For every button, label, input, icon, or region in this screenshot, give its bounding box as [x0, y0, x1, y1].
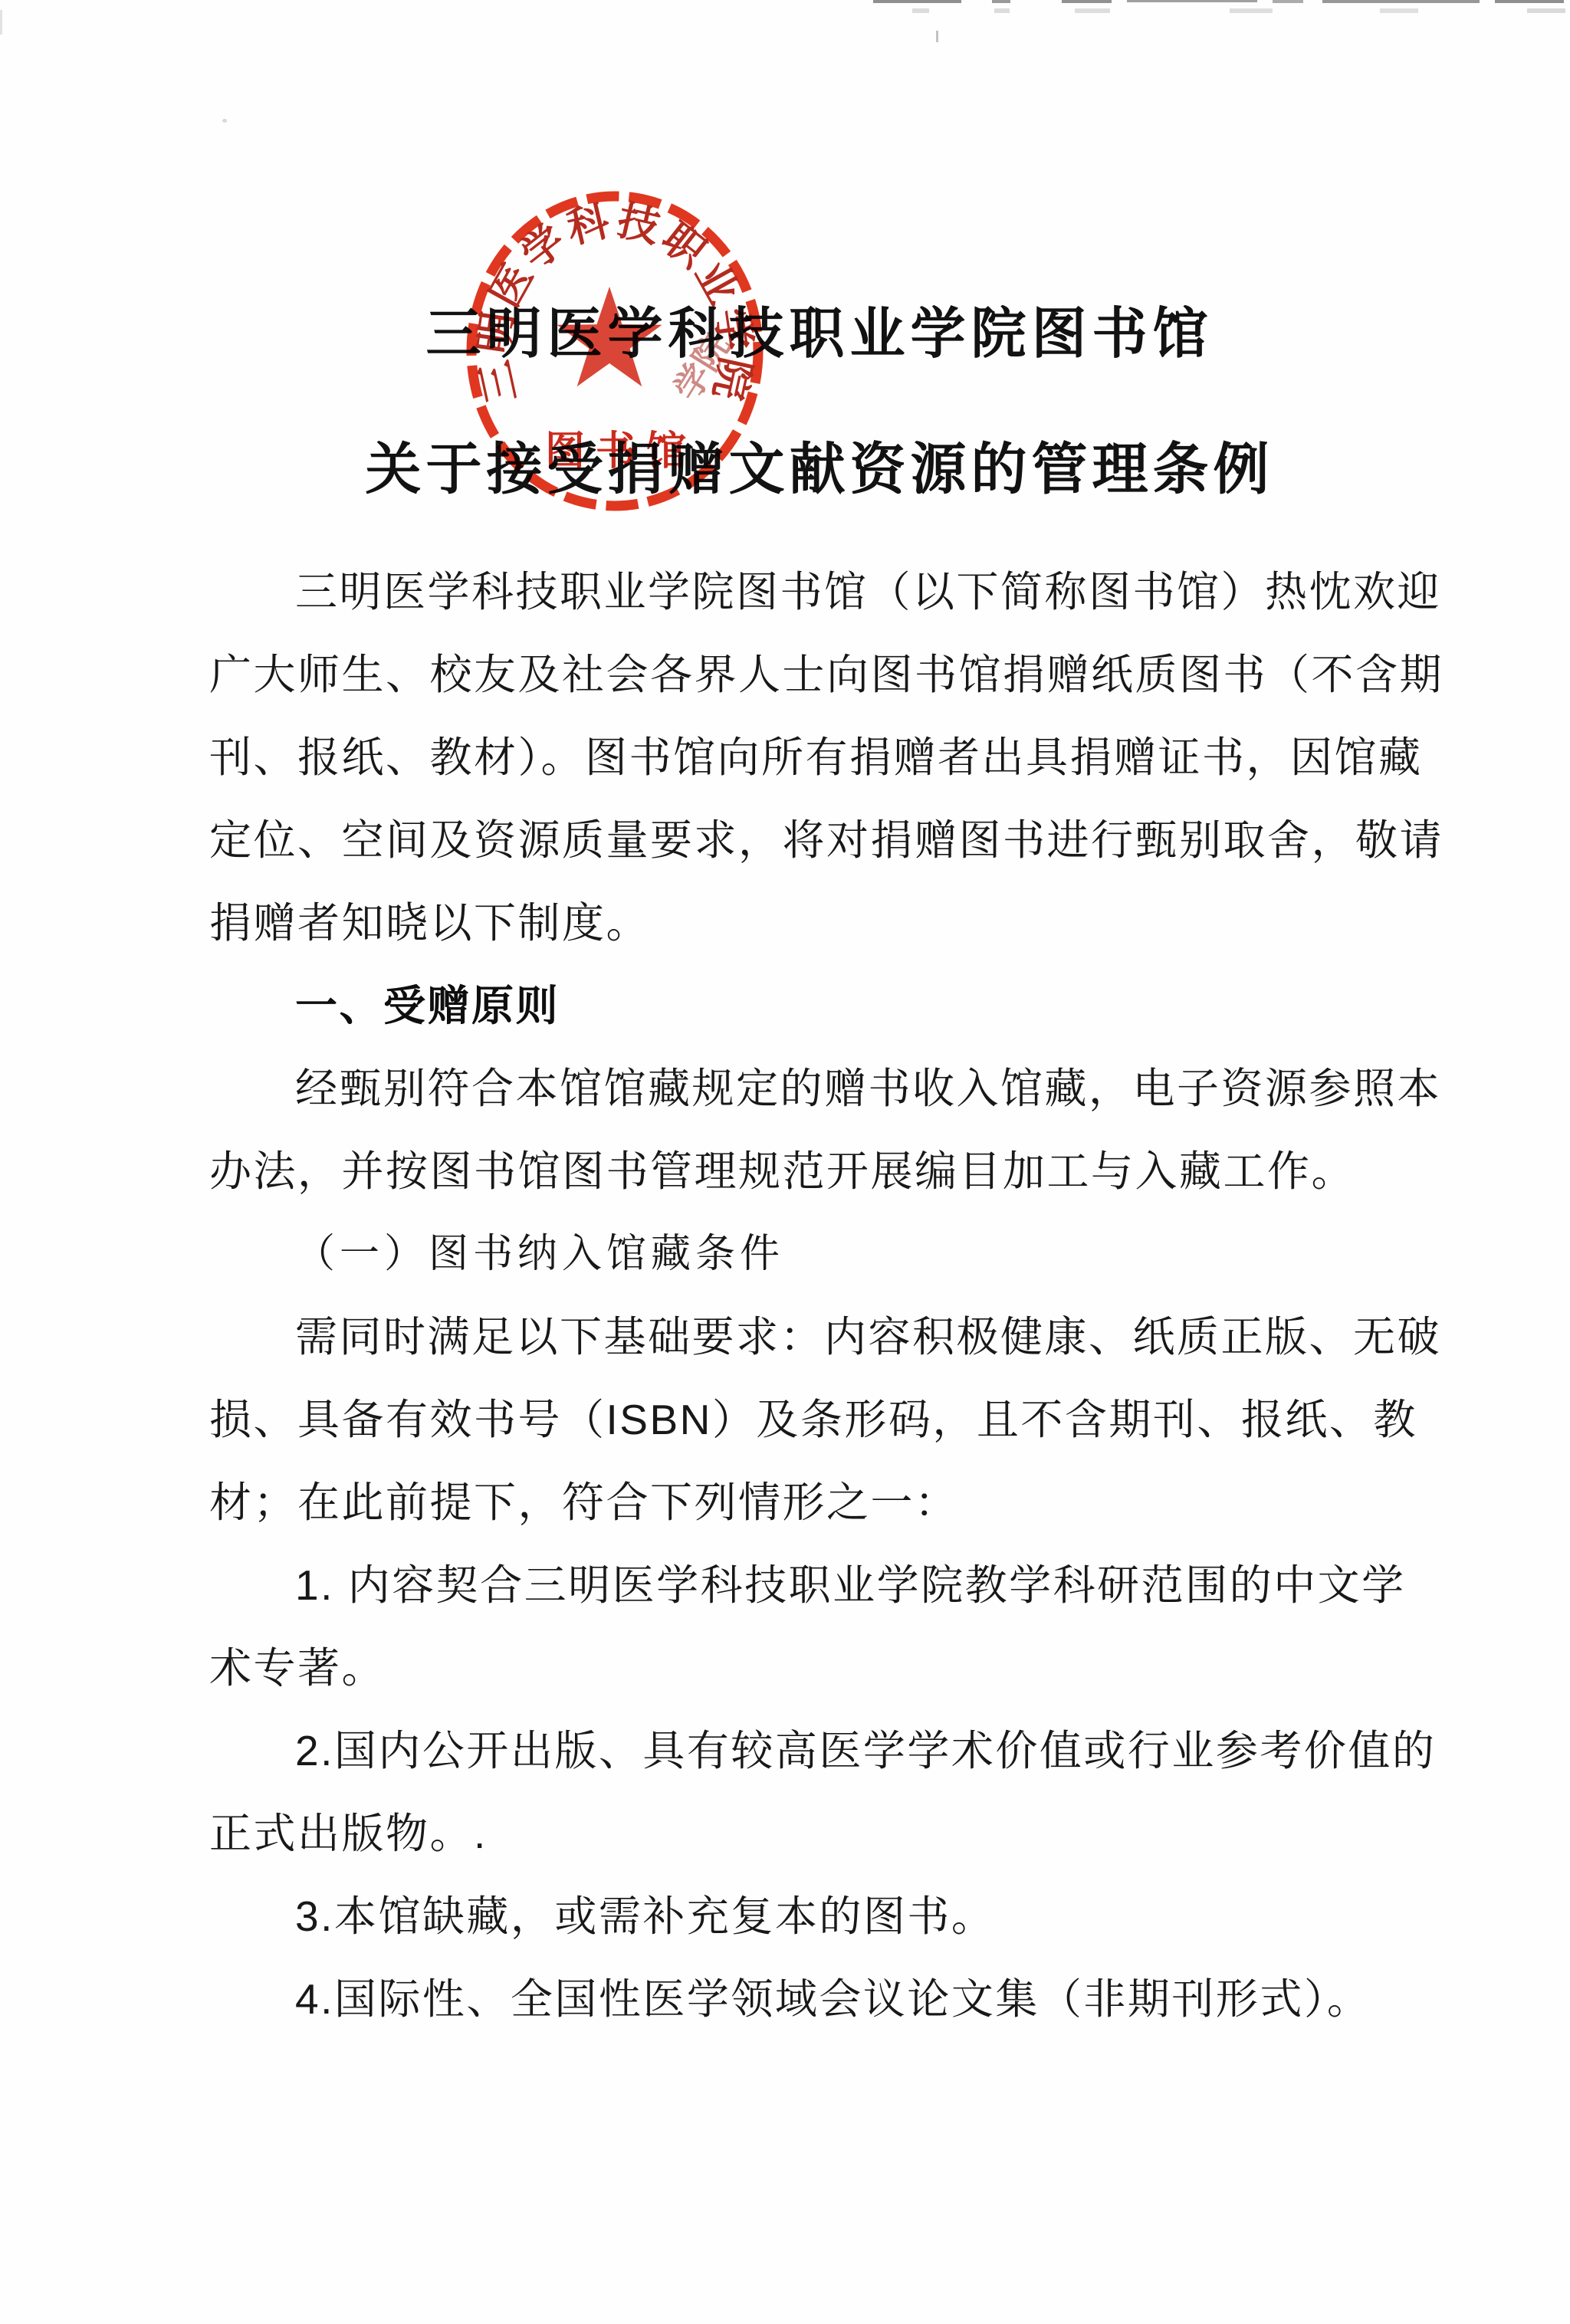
body-line: 捐赠者知晓以下制度。 — [209, 881, 1430, 964]
body-line: 术专著。 — [209, 1626, 1430, 1709]
body-line: 经甄别符合本馆馆藏规定的赠书收入馆藏，电子资源参照本 — [209, 1047, 1430, 1130]
scan-mark — [0, 10, 2, 34]
scan-mark — [936, 31, 938, 42]
stamp-star-icon — [557, 287, 662, 386]
body-line: 损、具备有效书号（ISBN）及条形码，且不含期刊、报纸、教 — [209, 1378, 1430, 1461]
body-line: 正式出版物。. — [209, 1792, 1430, 1875]
body-line: 4.国际性、全国性医学领域会议论文集（非期刊形式）。 — [209, 1958, 1430, 2040]
body-line: 三明医学科技职业学院图书馆（以下简称图书馆）热忱欢迎 — [209, 550, 1430, 633]
scan-mark — [1527, 8, 1565, 13]
body-line: 2.国内公开出版、具有较高医学学术价值或行业参考价值的 — [209, 1709, 1430, 1792]
stamp-bottom-text: 图书馆 — [545, 429, 697, 474]
scan-mark — [912, 8, 929, 13]
scan-mark — [994, 8, 1010, 13]
scan-mark — [1273, 0, 1303, 3]
scan-mark — [1322, 0, 1480, 3]
scan-mark — [222, 119, 227, 123]
body-line: 定位、空间及资源质量要求，将对捐赠图书进行甄别取舍，敬请 — [209, 799, 1430, 881]
scan-mark — [1230, 8, 1273, 13]
scan-mark — [992, 0, 1010, 3]
document-page: 三明医学科技职业学院 学院 图书馆 三明医学科技职业学院图书馆 关于接受捐赠文献… — [0, 0, 1570, 2324]
body-line: 需同时满足以下基础要求：内容积极健康、纸质正版、无破 — [209, 1295, 1430, 1378]
scan-mark — [1495, 0, 1564, 3]
body-text: 三明医学科技职业学院图书馆（以下简称图书馆）热忱欢迎广大师生、校友及社会各界人士… — [209, 550, 1430, 2040]
body-line: （一）图书纳入馆藏条件 — [209, 1213, 1430, 1295]
body-line: 办法，并按图书馆图书管理规范开展编目加工与入藏工作。 — [209, 1130, 1430, 1213]
body-line: 一、受赠原则 — [209, 964, 1430, 1047]
document-title-line2: 关于接受捐赠文献资源的管理条例 — [209, 441, 1430, 497]
scan-mark — [1127, 0, 1257, 2]
scan-mark — [1380, 8, 1418, 13]
body-line: 材；在此前提下，符合下列情形之一： — [209, 1461, 1430, 1544]
body-line: 刊、报纸、教材）。图书馆向所有捐赠者出具捐赠证书，因馆藏 — [209, 716, 1430, 799]
document-title-line1: 三明医学科技职业学院图书馆 — [209, 307, 1430, 362]
library-seal-stamp: 三明医学科技职业学院 学院 图书馆 — [464, 189, 766, 514]
scan-mark — [1062, 0, 1112, 3]
body-line: 3.本馆缺藏，或需补充复本的图书。 — [209, 1875, 1430, 1958]
scan-mark — [1075, 8, 1110, 13]
scan-mark — [873, 0, 961, 3]
body-line: 广大师生、校友及社会各界人士向图书馆捐赠纸质图书（不含期 — [209, 633, 1430, 716]
body-line: 1. 内容契合三明医学科技职业学院教学科研范围的中文学 — [209, 1544, 1430, 1626]
